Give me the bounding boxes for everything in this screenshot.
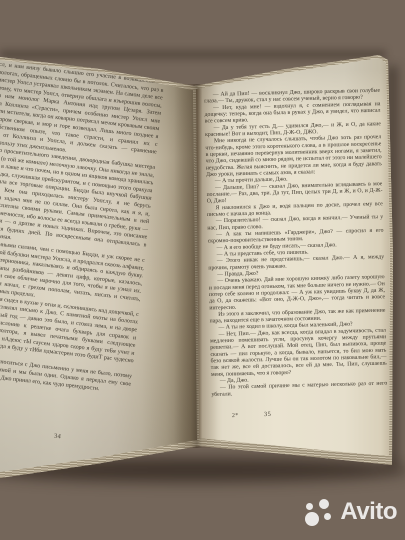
book-photo: мистер Уопсл, и нам внизу бывало слышно … [0,0,405,540]
open-book: мистер Уопсл, и нам внизу бывало слышно … [0,0,405,540]
avito-watermark: Avito [305,499,397,526]
signature-mark: 2* [232,413,239,419]
left-page-number: 34 [54,433,62,441]
left-page-text: мистер Уопсл, и нам внизу бывало слышно … [0,57,165,456]
avito-watermark-label: Avito [340,500,397,526]
right-page-text: — Ай да Пип! — воскликнул Джо, широко ра… [204,87,388,421]
book-gutter-shadow [174,84,218,448]
avito-logo-icon [305,499,333,526]
right-page-number: 35 [264,411,271,418]
